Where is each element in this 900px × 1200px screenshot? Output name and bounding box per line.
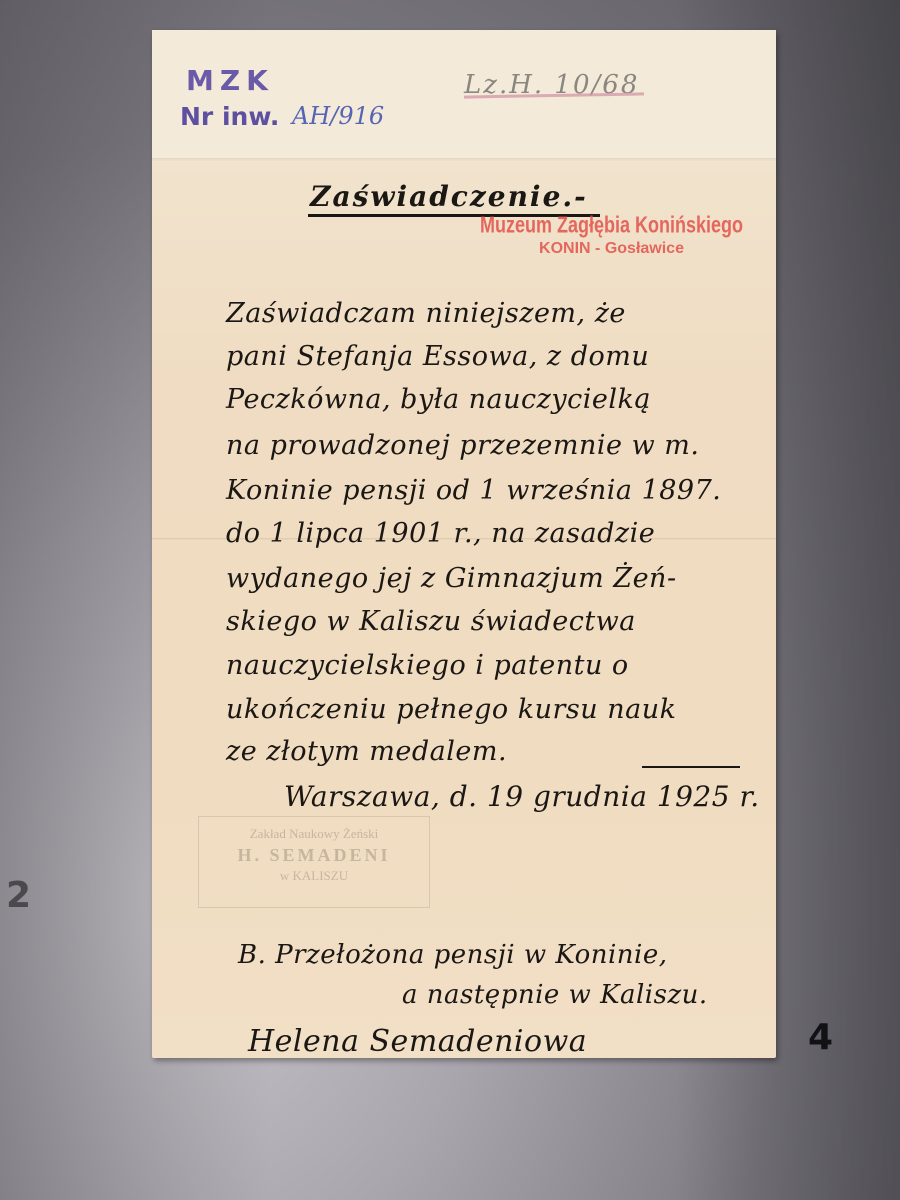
faded-stamp-line2: H. SEMADENI: [199, 843, 429, 867]
body-line: nauczycielskiego i patentu o: [226, 650, 629, 681]
body-line: ukończeniu pełnego kursu nauk: [226, 694, 676, 725]
body-line: Zaświadczam niniejszem, że: [226, 298, 626, 329]
stamp-mzk: MZK: [186, 64, 274, 97]
museum-stamp: Muzeum Zagłębia Konińskiego KONIN - Gosł…: [480, 216, 743, 257]
museum-stamp-line1: Muzeum Zagłębia Konińskiego: [480, 213, 743, 239]
body-line: pani Stefanja Essowa, z domu: [226, 341, 649, 372]
exhibit-label-4: 4: [808, 1020, 833, 1056]
certificate-document: MZK Nr inw. AH/916 Lz.H. 10/68 Zaświadcz…: [152, 30, 776, 1058]
body-line: wydanego jej z Gimnazjum Żeń-: [226, 563, 677, 594]
signature-title-line2: a następnie w Kaliszu.: [402, 980, 708, 1010]
body-line: Koninie pensji od 1 września 1897.: [226, 475, 721, 506]
inventory-number: AH/916: [292, 102, 384, 130]
faded-stamp-line1: Zakład Naukowy Żeński: [199, 825, 429, 843]
body-line: Peczkówna, była nauczycielką: [226, 384, 651, 415]
body-line: do 1 lipca 1901 r., na zasadzie: [226, 518, 655, 549]
fold-line-top: [152, 158, 776, 162]
signature-title-line1: B. Przełożona pensji w Koninie,: [238, 940, 668, 970]
exhibit-label-2: 2: [6, 878, 31, 914]
signature-name: Helena Semadeniowa: [248, 1024, 587, 1059]
faded-school-stamp: Zakład Naukowy Żeński H. SEMADENI w KALI…: [198, 816, 430, 908]
body-line: na prowadzonej przezemnie w m.: [226, 430, 699, 461]
closing-dash: [642, 766, 740, 768]
place-and-date: Warszawa, d. 19 grudnia 1925 r.: [284, 780, 760, 813]
museum-stamp-line2: KONIN - Gosławice: [480, 240, 743, 258]
stamp-nr-inw: Nr inw.: [180, 102, 279, 131]
body-line: skiego w Kaliszu świadectwa: [226, 606, 636, 637]
faded-stamp-line3: w KALISZU: [199, 867, 429, 885]
document-title: Zaświadczenie.-: [310, 180, 588, 213]
body-line: ze złotym medalem.: [226, 736, 507, 767]
